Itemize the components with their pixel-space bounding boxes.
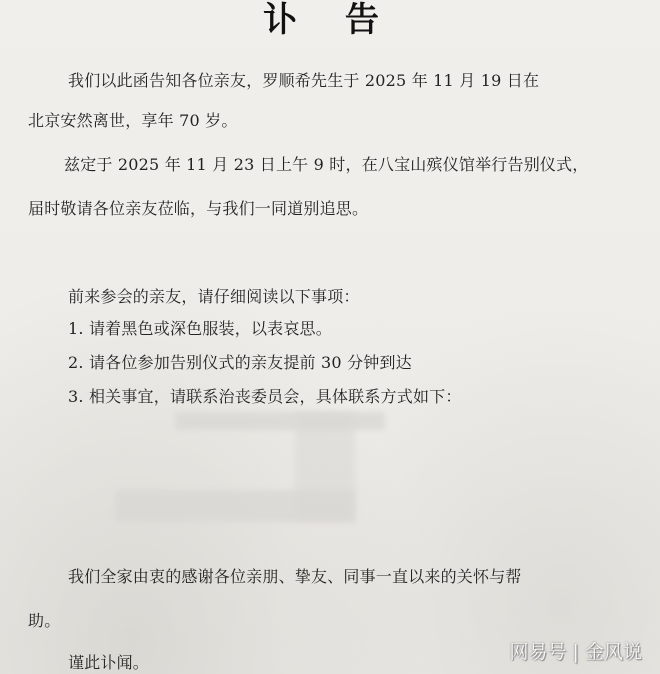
notice-item-2: 2. 请各位参加告别仪式的亲友提前 30 分钟到达 [68,350,412,373]
paragraph2-line1: 兹定于 2025 年 11 月 23 日上午 9 时，在八宝山殡仪馆举行告别仪式… [64,152,589,175]
notice-item-1: 1. 请着黑色或深色服装，以表哀思。 [68,316,332,339]
paragraph1-line1: 我们以此函告知各位亲友，罗顺希先生于 2025 年 11 月 19 日在 [68,68,539,91]
source-watermark: 网易号 | 金风说 [510,637,642,664]
paragraph3-line2: 助。 [28,608,60,631]
obituary-document: 讣 告 我们以此函告知各位亲友，罗顺希先生于 2025 年 11 月 19 日在… [0,0,660,674]
notice-heading: 前来参会的亲友，请仔细阅读以下事项： [68,284,360,307]
paragraph3-line1: 我们全家由衷的感谢各位亲朋、挚友、同事一直以来的关怀与帮 [68,564,522,587]
closing-text: 谨此讣闻。 [68,650,149,673]
document-title: 讣 告 [0,0,660,41]
notice-item-3: 3. 相关事宜，请联系治丧委员会，具体联系方式如下： [68,384,462,407]
paragraph1-line2: 北京安然离世，享年 70 岁。 [28,108,238,131]
paragraph2-line2: 届时敬请各位亲友莅临，与我们一同道别追思。 [28,196,368,219]
